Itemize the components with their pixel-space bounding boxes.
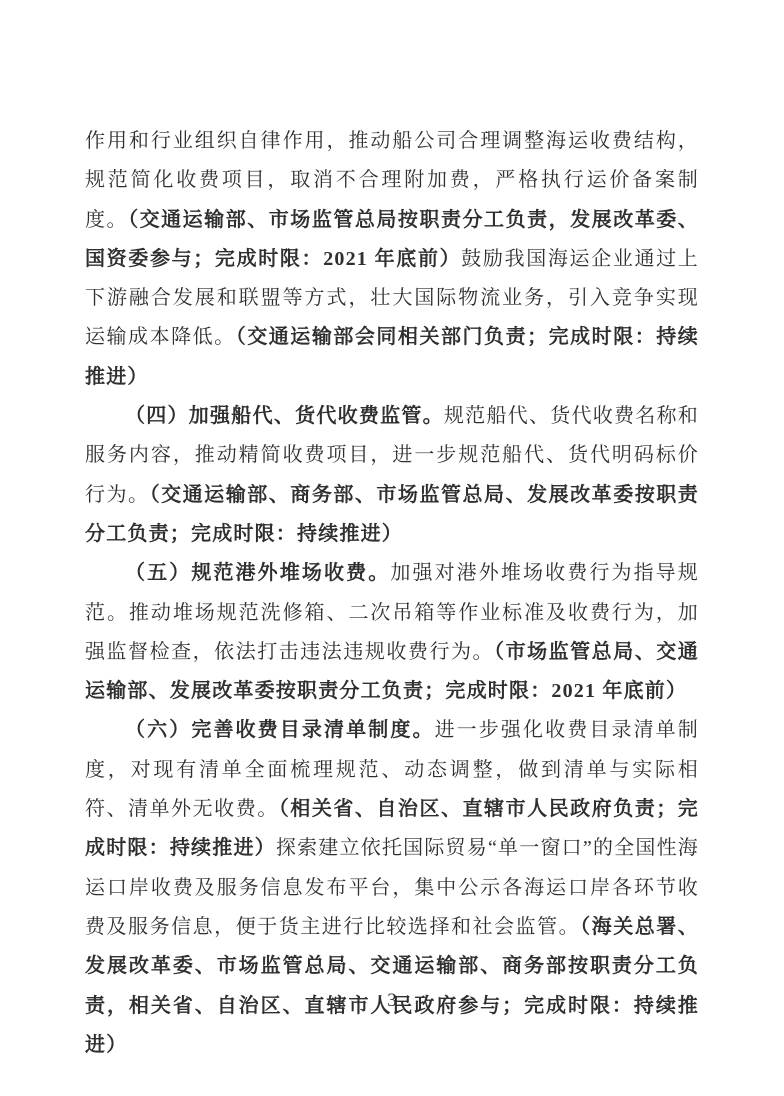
responsibility-clause: （交通运输部、商务部、市场监管总局、发展改革委按职责分工负责；完成时限：持续推进…: [85, 484, 699, 545]
item-5-paragraph: （五）规范港外堆场收费。加强对港外堆场收费行为指导规范。推动堆场规范洗修箱、二次…: [85, 554, 699, 711]
item-6-paragraph: （六）完善收费目录清单制度。进一步强化收费目录清单制度，对现有清单全面梳理规范、…: [85, 711, 699, 1065]
item-4-paragraph: （四）加强船代、货代收费监管。规范船代、货代收费名称和服务内容，推动精简收费项目…: [85, 397, 699, 554]
responsibility-clause: （五）规范港外堆场收费。: [125, 562, 390, 584]
document-page: 作用和行业组织自律作用，推动船公司合理调整海运收费结构，规范简化收费项目，取消不…: [0, 0, 784, 1096]
document-text-body: 作用和行业组织自律作用，推动船公司合理调整海运收费结构，规范简化收费项目，取消不…: [85, 122, 699, 1065]
page-number: 3: [0, 990, 784, 1012]
responsibility-clause: （六）完善收费目录清单制度。: [125, 719, 435, 741]
responsibility-clause: （四）加强船代、货代收费监管。: [125, 405, 444, 427]
continuation-paragraph: 作用和行业组织自律作用，推动船公司合理调整海运收费结构，规范简化收费项目，取消不…: [85, 122, 699, 397]
